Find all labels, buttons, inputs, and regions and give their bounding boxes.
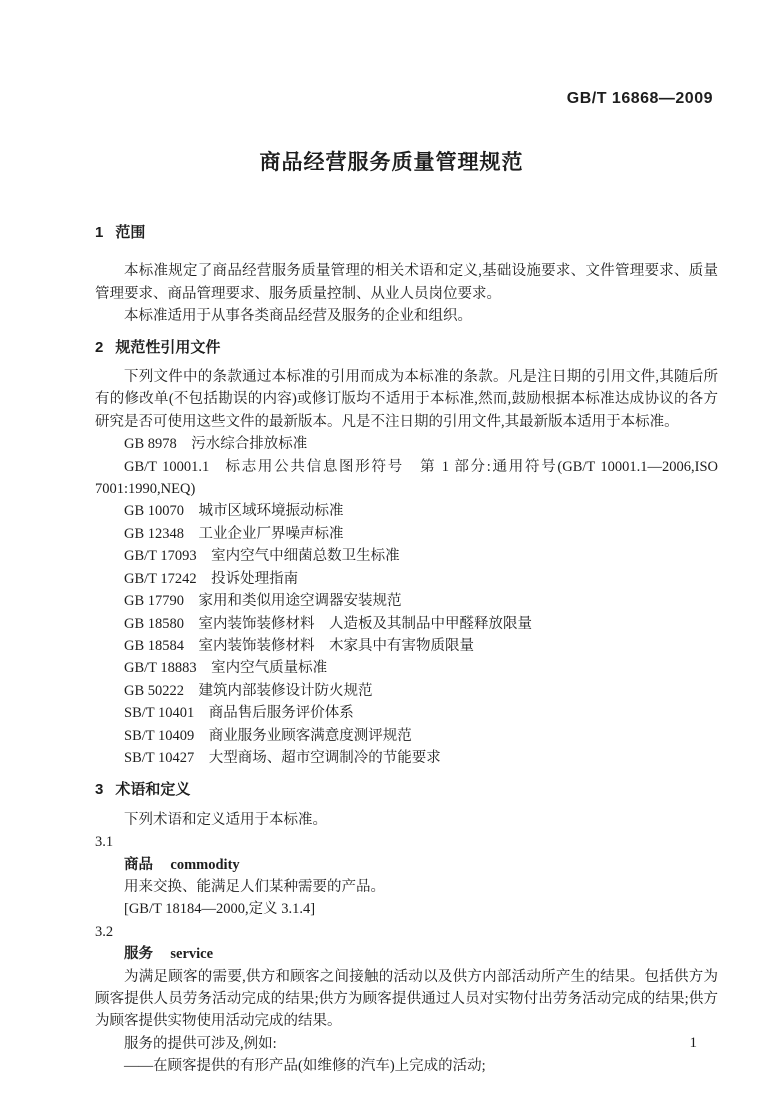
reference-title: 污水综合排放标准	[191, 436, 307, 452]
document-body: 1范围 本标准规定了商品经营服务质量管理的相关术语和定义,基础设施要求、文件管理…	[95, 222, 718, 1078]
reference-title: 家用和类似用途空调器安装规范	[199, 593, 402, 609]
reference-item: SB/T 10427大型商场、超市空调制冷的节能要求	[95, 747, 718, 769]
reference-item: SB/T 10409商业服务业顾客满意度测评规范	[95, 725, 718, 747]
reference-code: GB/T 17093	[124, 548, 197, 564]
reference-item: GB 50222建筑内部装修设计防火规范	[95, 680, 718, 702]
term-note-lead: 服务的提供可涉及,例如:	[95, 1033, 718, 1055]
reference-title: 投诉处理指南	[211, 571, 298, 587]
reference-title: 室内装饰装修材料 木家具中有害物质限量	[199, 638, 475, 654]
reference-item: GB/T 17242投诉处理指南	[95, 568, 718, 590]
reference-item: GB 8978污水综合排放标准	[95, 433, 718, 455]
reference-item: GB/T 10001.1标志用公共信息图形符号 第 1 部分:通用符号(GB/T…	[95, 456, 718, 501]
reference-item: GB/T 18883室内空气质量标准	[95, 657, 718, 679]
section-number: 3	[95, 781, 103, 798]
term-zh: 服务	[124, 946, 153, 962]
reference-title: 建筑内部装修设计防火规范	[199, 683, 373, 699]
term-line: 服务service	[95, 943, 718, 965]
standard-number: GB/T 16868—2009	[567, 88, 713, 110]
term-note-item: ——在顾客提供的有形产品(如维修的汽车)上完成的活动;	[95, 1055, 718, 1077]
document-page: GB/T 16868—2009 商品经营服务质量管理规范 1范围 本标准规定了商…	[0, 0, 783, 1120]
section-label: 范围	[115, 224, 145, 241]
reference-title: 商业服务业顾客满意度测评规范	[209, 728, 412, 744]
reference-title: 商品售后服务评价体系	[209, 705, 354, 721]
reference-title: 城市区域环境振动标准	[199, 503, 344, 519]
reference-code: GB/T 18883	[124, 660, 197, 676]
reference-title: 室内空气质量标准	[211, 660, 327, 676]
reference-item: GB 18580室内装饰装修材料 人造板及其制品中甲醛释放限量	[95, 613, 718, 635]
reference-item: SB/T 10401商品售后服务评价体系	[95, 702, 718, 724]
reference-code: SB/T 10401	[124, 705, 194, 721]
section-label: 术语和定义	[115, 781, 190, 798]
reference-item: GB 17790家用和类似用途空调器安装规范	[95, 590, 718, 612]
section-label: 规范性引用文件	[115, 339, 220, 356]
terms-intro: 下列术语和定义适用于本标准。	[95, 809, 718, 831]
page-number: 1	[690, 1032, 698, 1054]
reference-code: GB 12348	[124, 526, 184, 542]
reference-item: GB 10070城市区域环境振动标准	[95, 500, 718, 522]
term-line: 商品commodity	[95, 854, 718, 876]
reference-code: GB 8978	[124, 436, 177, 452]
term-en: commodity	[170, 857, 239, 873]
reference-item: GB 12348工业企业厂界噪声标准	[95, 523, 718, 545]
reference-code: GB/T 10001.1	[124, 459, 209, 475]
scope-paragraph: 本标准适用于从事各类商品经营及服务的企业和组织。	[95, 305, 718, 327]
clause-number: 3.1	[95, 831, 718, 853]
reference-title: 大型商场、超市空调制冷的节能要求	[209, 750, 441, 766]
section-heading-references: 2规范性引用文件	[95, 337, 718, 359]
section-number: 2	[95, 339, 103, 356]
reference-code: GB 18580	[124, 616, 184, 632]
reference-title: 室内装饰装修材料 人造板及其制品中甲醛释放限量	[199, 616, 533, 632]
term-zh: 商品	[124, 857, 153, 873]
reference-code: GB 50222	[124, 683, 184, 699]
reference-item: GB 18584室内装饰装修材料 木家具中有害物质限量	[95, 635, 718, 657]
scope-paragraph: 本标准规定了商品经营服务质量管理的相关术语和定义,基础设施要求、文件管理要求、质…	[95, 260, 718, 305]
reference-title: 工业企业厂界噪声标准	[199, 526, 344, 542]
section-heading-terms: 3术语和定义	[95, 779, 718, 801]
reference-code: GB 10070	[124, 503, 184, 519]
term-en: service	[170, 946, 213, 962]
reference-code: GB 18584	[124, 638, 184, 654]
references-intro: 下列文件中的条款通过本标准的引用而成为本标准的条款。凡是注日期的引用文件,其随后…	[95, 366, 718, 433]
reference-title: 室内空气中细菌总数卫生标准	[211, 548, 400, 564]
term-definition: 用来交换、能满足人们某种需要的产品。	[95, 876, 718, 898]
term-source: [GB/T 18184—2000,定义 3.1.4]	[95, 898, 718, 920]
reference-code: SB/T 10427	[124, 750, 194, 766]
clause-number: 3.2	[95, 921, 718, 943]
page-title: 商品经营服务质量管理规范	[0, 152, 783, 174]
term-definition: 为满足顾客的需要,供方和顾客之间接触的活动以及供方内部活动所产生的结果。包括供方…	[95, 966, 718, 1033]
section-heading-scope: 1范围	[95, 222, 718, 244]
reference-item: GB/T 17093室内空气中细菌总数卫生标准	[95, 545, 718, 567]
section-number: 1	[95, 224, 103, 241]
reference-code: GB/T 17242	[124, 571, 197, 587]
reference-code: SB/T 10409	[124, 728, 194, 744]
reference-code: GB 17790	[124, 593, 184, 609]
